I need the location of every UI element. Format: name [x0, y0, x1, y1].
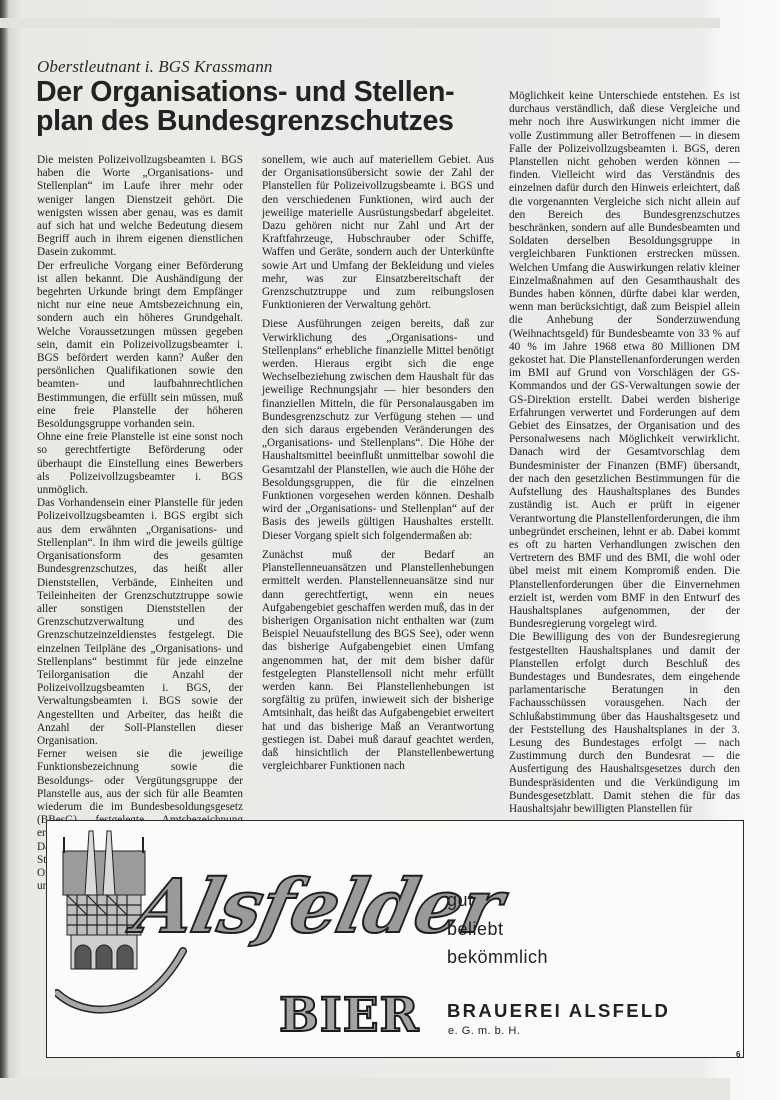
paragraph: Diese Ausführungen zeigen bereits, daß z… — [262, 318, 494, 542]
beer-advertisement: Alsfelder BIER gut beliebt bekömmlich BR… — [46, 820, 744, 1058]
swoosh-icon — [55, 941, 195, 1021]
product-name: BIER — [279, 992, 420, 1040]
paragraph: Möglichkeit keine Unterschiede entstehen… — [509, 90, 740, 631]
paragraph: Ohne eine freie Planstelle ist eine sons… — [37, 431, 243, 497]
claim-line: gut — [447, 886, 548, 915]
paragraph: Die meisten Polizeivollzugsbeamten i. BG… — [37, 154, 243, 260]
claim-line: beliebt — [447, 915, 548, 944]
article-title-text: Der Organisations- und Stellen- plan des… — [36, 76, 454, 137]
text-column-1: Die meisten Polizeivollzugsbeamten i. BG… — [37, 154, 243, 893]
ad-claims: gut beliebt bekömmlich — [447, 886, 548, 972]
article-title: Der Organisations- und Stellen- plan des… — [36, 78, 496, 136]
claim-line: bekömmlich — [447, 943, 548, 972]
author-byline: Oberstleutnant i. BGS Krassmann — [37, 57, 272, 77]
paragraph: Der erfreuliche Vorgang einer Beförderun… — [37, 260, 243, 432]
page-number: 6 — [736, 1050, 740, 1059]
text-column-3: Möglichkeit keine Unterschiede entstehen… — [509, 90, 740, 816]
paragraph: Zunächst muß der Bedarf an Planstellenne… — [262, 549, 494, 773]
paragraph: Die Bewilligung des von der Bundesregier… — [509, 631, 740, 816]
text-column-2: sonellem, wie auch auf materiellem Gebie… — [262, 154, 494, 773]
paragraph: Das Vorhandensein einer Planstelle für j… — [37, 497, 243, 748]
paragraph: sonellem, wie auch auf materiellem Gebie… — [262, 154, 494, 312]
magazine-page: Oberstleutnant i. BGS Krassmann Der Orga… — [0, 0, 780, 1100]
brewery-legal-form: e. G. m. b. H. — [448, 1025, 520, 1037]
brewery-name: BRAUEREI ALSFELD — [447, 1000, 670, 1022]
